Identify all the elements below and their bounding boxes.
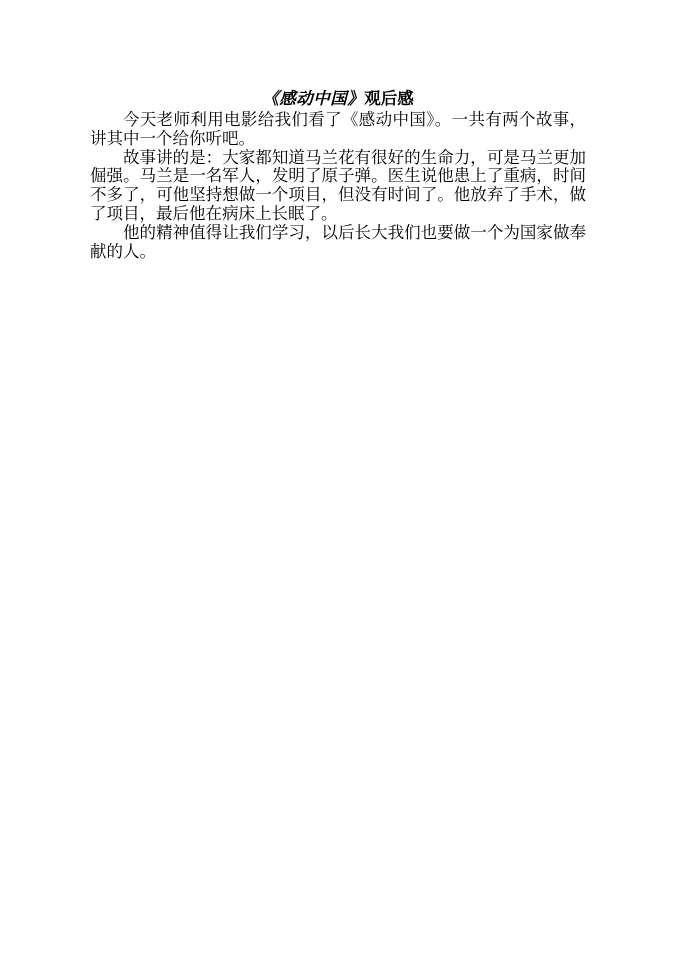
- document-title: 《感动中国》观后感: [90, 87, 586, 111]
- paragraph-intro: 今天老师利用电影给我们看了《感动中国》。一共有两个故事，讲其中一个给你听吧。: [90, 111, 586, 149]
- document-body: 今天老师利用电影给我们看了《感动中国》。一共有两个故事，讲其中一个给你听吧。 故…: [90, 111, 586, 261]
- paragraph-conclusion: 他的精神值得让我们学习，以后长大我们也要做一个为国家做奉献的人。: [90, 224, 586, 262]
- paragraph-story: 故事讲的是：大家都知道马兰花有很好的生命力，可是马兰更加倔强。马兰是一名军人，发…: [90, 149, 586, 224]
- document-content: 《感动中国》观后感 今天老师利用电影给我们看了《感动中国》。一共有两个故事，讲其…: [90, 87, 586, 261]
- document-title-book-name: 《感动中国》: [262, 89, 364, 108]
- document-title-suffix: 观后感: [364, 89, 414, 108]
- document-page: 《感动中国》观后感 今天老师利用电影给我们看了《感动中国》。一共有两个故事，讲其…: [0, 0, 690, 976]
